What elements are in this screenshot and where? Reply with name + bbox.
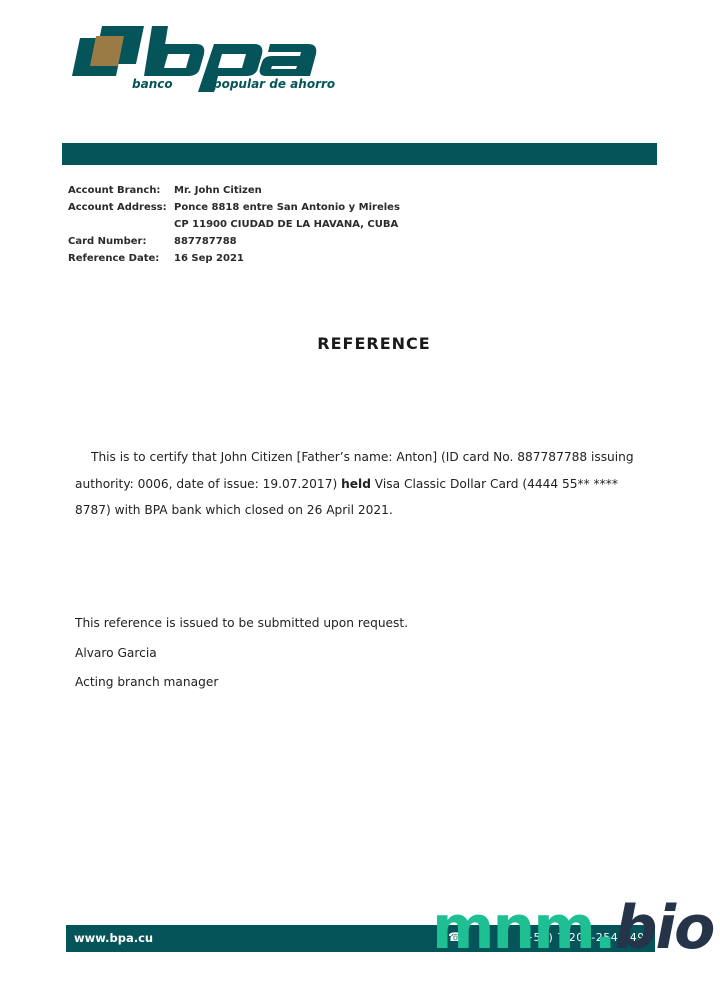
- account-address-line2: CP 11900 CIUDAD DE LA HAVANA, CUBA: [174, 216, 398, 233]
- signatory-title: Acting branch manager: [75, 672, 408, 702]
- bpa-logo: banco popular de ahorro: [68, 22, 378, 94]
- reference-date-label: Reference Date:: [68, 250, 174, 267]
- header-bar: [62, 143, 657, 165]
- website-link[interactable]: www.bpa.cu: [74, 931, 153, 945]
- account-branch-label: Account Branch:: [68, 182, 174, 199]
- body-text-bold: held: [341, 477, 371, 491]
- closing-block: This reference is issued to be submitted…: [75, 613, 408, 702]
- reference-date-value: 16 Sep 2021: [174, 250, 244, 267]
- account-address-label: Account Address:: [68, 199, 174, 216]
- card-number-label: Card Number:: [68, 233, 174, 250]
- account-branch-value: Mr. John Citizen: [174, 182, 262, 199]
- watermark-part-2: bio: [615, 893, 714, 963]
- info-row-branch: Account Branch: Mr. John Citizen: [68, 182, 400, 199]
- closing-line: This reference is issued to be submitted…: [75, 613, 408, 643]
- account-info: Account Branch: Mr. John Citizen Account…: [68, 182, 400, 267]
- certification-paragraph: This is to certify that John Citizen [Fa…: [75, 444, 655, 524]
- document-title: REFERENCE: [0, 334, 720, 353]
- bpa-logo-graphic: banco popular de ahorro: [68, 22, 378, 94]
- info-row-address-2: CP 11900 CIUDAD DE LA HAVANA, CUBA: [68, 216, 400, 233]
- info-row-date: Reference Date: 16 Sep 2021: [68, 250, 400, 267]
- signatory-name: Alvaro Garcia: [75, 643, 408, 673]
- blank-label: [68, 216, 174, 233]
- svg-text:popular de ahorro: popular de ahorro: [212, 77, 335, 91]
- watermark-part-1: mnm.: [432, 893, 615, 963]
- info-row-card: Card Number: 887787788: [68, 233, 400, 250]
- account-address-line1: Ponce 8818 entre San Antonio y Mireles: [174, 199, 400, 216]
- info-row-address: Account Address: Ponce 8818 entre San An…: [68, 199, 400, 216]
- svg-text:banco: banco: [132, 77, 173, 91]
- card-number-value: 887787788: [174, 233, 237, 250]
- watermark: mnm.bio: [432, 893, 713, 963]
